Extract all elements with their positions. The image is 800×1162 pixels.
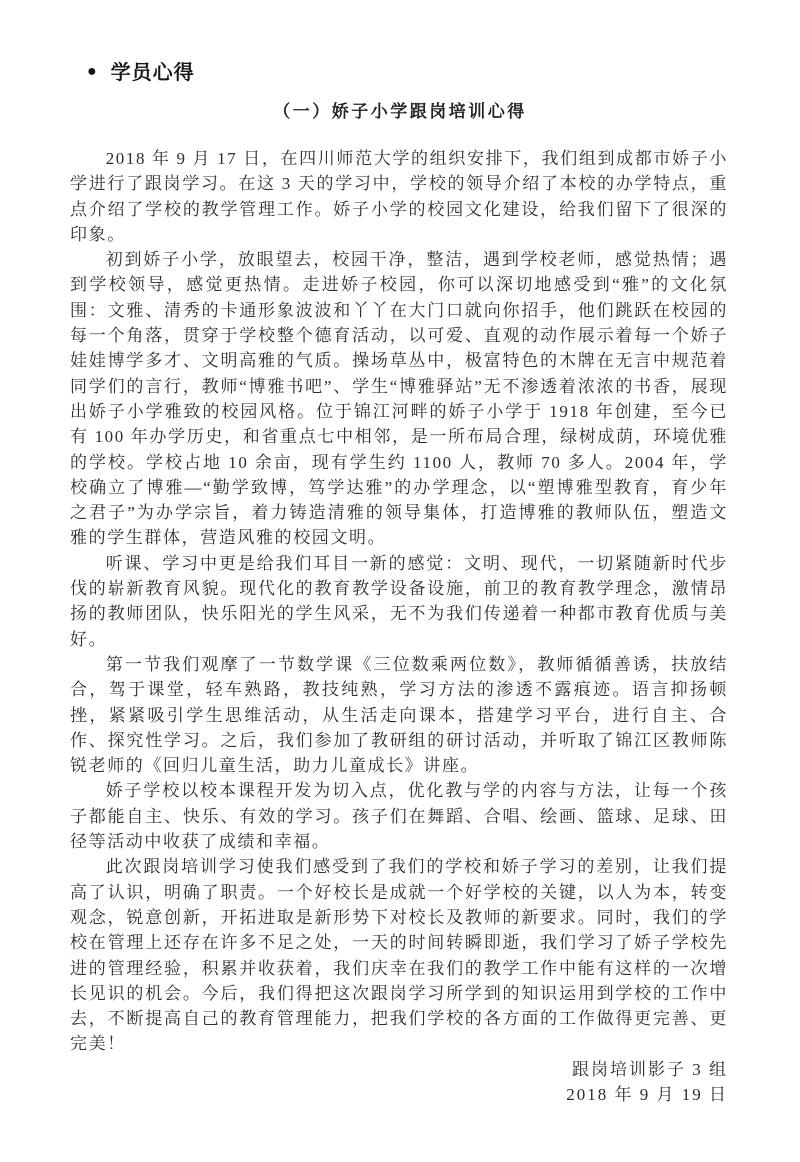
section-header: ● 学员心得 xyxy=(87,56,195,85)
signature-block: 跟岗培训影子 3 组 2018 年 9 月 19 日 xyxy=(70,1057,728,1108)
document-page: ● 学员心得 （一）娇子小学跟岗培训心得 2018 年 9 月 17 日，在四川… xyxy=(0,0,800,1162)
signature-date: 2018 年 9 月 19 日 xyxy=(70,1082,728,1107)
bullet-icon: ● xyxy=(87,64,98,80)
section-header-label: 学员心得 xyxy=(111,56,195,85)
paragraph-4: 第一节我们观摩了一节数学课《三位数乘两位数》，教师循循善诱，扶放结合，驾于课堂，… xyxy=(70,652,728,778)
paragraph-1: 2018 年 9 月 17 日，在四川师范大学的组织安排下，我们组到成都市娇子小… xyxy=(70,146,728,247)
paragraph-6: 此次跟岗培训学习使我们感受到了我们的学校和娇子学习的差别，让我们提高了认识，明确… xyxy=(70,854,728,1056)
signature-group: 跟岗培训影子 3 组 xyxy=(70,1057,728,1082)
paragraph-3: 听课、学习中更是给我们耳目一新的感觉：文明、现代，一切紧随新时代步伐的崭新教育风… xyxy=(70,551,728,652)
document-body: 2018 年 9 月 17 日，在四川师范大学的组织安排下，我们组到成都市娇子小… xyxy=(70,146,728,1107)
document-title: （一）娇子小学跟岗培训心得 xyxy=(0,97,800,122)
paragraph-2: 初到娇子小学，放眼望去，校园干净，整洁，遇到学校老师，感觉热情；遇到学校领导，感… xyxy=(70,247,728,551)
paragraph-5: 娇子学校以校本课程开发为切入点，优化教与学的内容与方法，让每一个孩子都能自主、快… xyxy=(70,778,728,854)
